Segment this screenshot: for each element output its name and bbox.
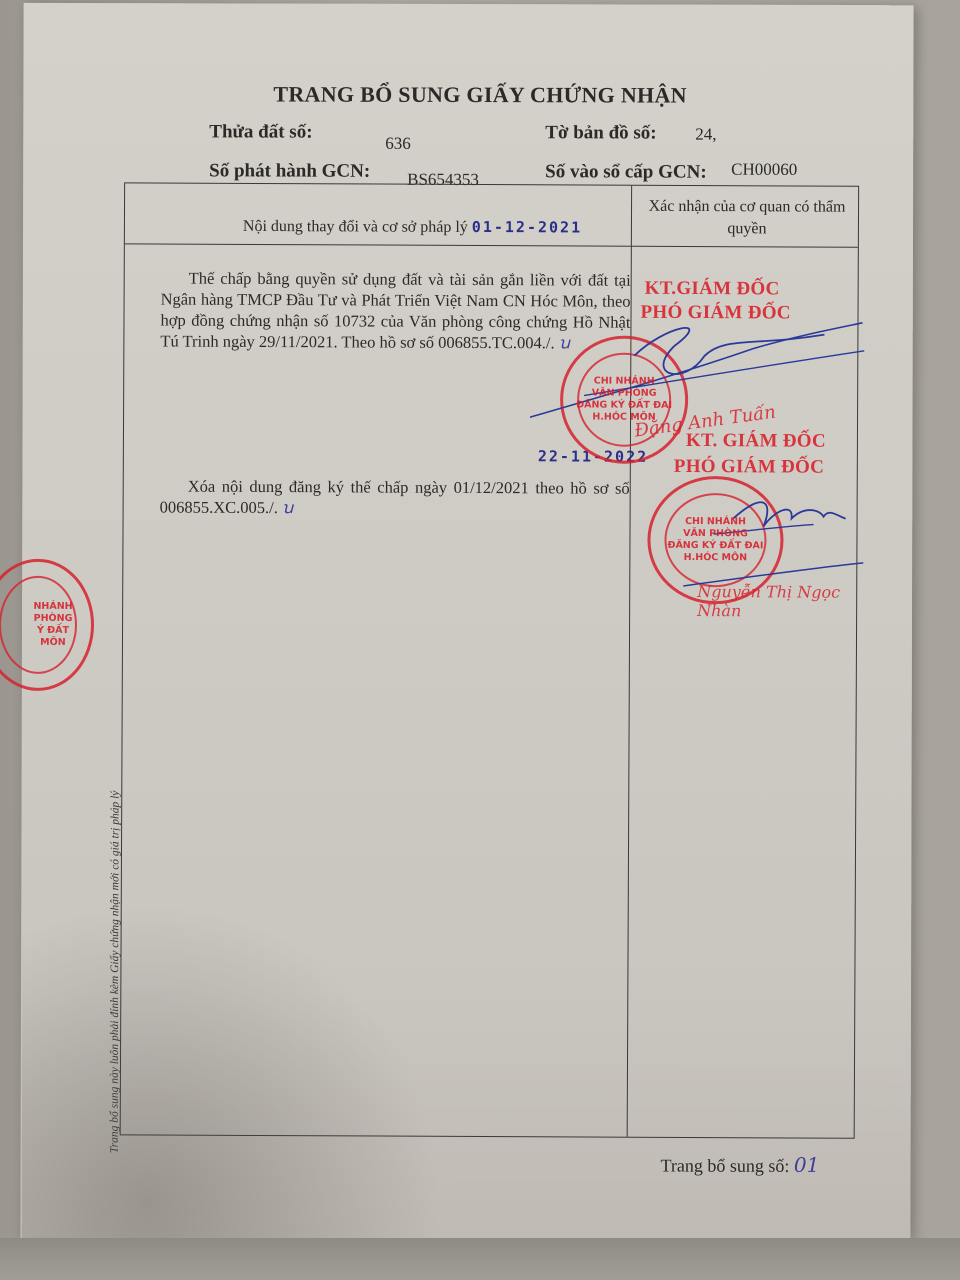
approval-title-2: KT. GIÁM ĐỐC: [686, 430, 826, 453]
approval-subtitle-1: PHÓ GIÁM ĐỐC: [640, 302, 790, 325]
approval-subtitle-2: PHÓ GIÁM ĐỐC: [674, 456, 824, 479]
column-header-changes: Nội dung thay đổi và cơ sở pháp lý 01-12…: [243, 217, 582, 238]
changes-table: Nội dung thay đổi và cơ sở pháp lý 01-12…: [120, 182, 859, 1138]
map-sheet-label: Tờ bản đồ số:: [545, 122, 656, 144]
footer-label: Trang bổ sung số:: [661, 1156, 790, 1176]
issue-number-label: Số phát hành GCN:: [209, 160, 370, 182]
background-surface: [0, 1238, 960, 1280]
parcel-value: 636: [385, 134, 411, 154]
seal-line: VĂN PHÒNG: [668, 528, 764, 540]
seal-line: ĐĂNG KÝ ĐẤT ĐAI: [667, 540, 763, 552]
initials-mark: ꭒ: [559, 333, 570, 352]
seal-line: CHI NHÁNH: [668, 516, 764, 528]
header-rule: [125, 243, 858, 247]
document-title: TRANG BỔ SUNG GIẤY CHỨNG NHẬN: [273, 81, 687, 108]
supplement-page-number: Trang bổ sung số: 01: [661, 1153, 820, 1177]
margin-seal-line: PHÒNG: [33, 613, 72, 625]
side-note: Trang bổ sung này luôn phải đính kèm Giấ…: [109, 791, 122, 1154]
seal-line: H.HÓC MÔN: [576, 411, 672, 423]
map-sheet-value: 24,: [695, 125, 716, 145]
official-seal: CHI NHÁNH VĂN PHÒNG ĐĂNG KÝ ĐẤT ĐAI H.HÓ…: [560, 335, 689, 464]
parcel-label: Thửa đất số:: [209, 121, 312, 143]
approval-title-1: KT.GIÁM ĐỐC: [645, 278, 780, 301]
margin-seal-line: Ý ĐẤT: [33, 625, 72, 637]
register-number-label: Số vào sổ cấp GCN:: [545, 161, 707, 183]
margin-seal-line: NHÁNH: [33, 601, 72, 613]
entry-text: Xóa nội dung đăng ký thế chấp ngày 01/12…: [160, 477, 630, 517]
margin-seal: NHÁNH PHÒNG Ý ĐẤT MÔN: [0, 559, 94, 691]
column-header-approval: Xác nhận của cơ quan có thẩm quyền: [635, 196, 859, 241]
seal-line: H.HÓC MÔN: [667, 552, 763, 564]
seal-line: ĐĂNG KÝ ĐẤT ĐAI: [576, 399, 672, 411]
margin-seal-line: MÔN: [33, 637, 72, 649]
footer-value: 01: [794, 1153, 820, 1177]
register-number-value: CH00060: [731, 160, 797, 180]
document-page: TRANG BỔ SUNG GIẤY CHỨNG NHẬN Thửa đất s…: [20, 3, 913, 1240]
initials-mark: ꭒ: [282, 498, 293, 517]
entry-date-stamp: 01-12-2021: [472, 218, 582, 237]
signer-name-2: Nguyễn Thị Ngọc Nhàn: [697, 582, 856, 621]
seal-line: CHI NHÁNH: [576, 375, 672, 387]
seal-line: VĂN PHÒNG: [576, 387, 672, 399]
table-entry: Thế chấp bằng quyền sử dụng đất và tài s…: [160, 268, 630, 354]
column-header-changes-label: Nội dung thay đổi và cơ sở pháp lý: [243, 218, 468, 236]
table-entry: Xóa nội dung đăng ký thế chấp ngày 01/12…: [160, 476, 630, 520]
